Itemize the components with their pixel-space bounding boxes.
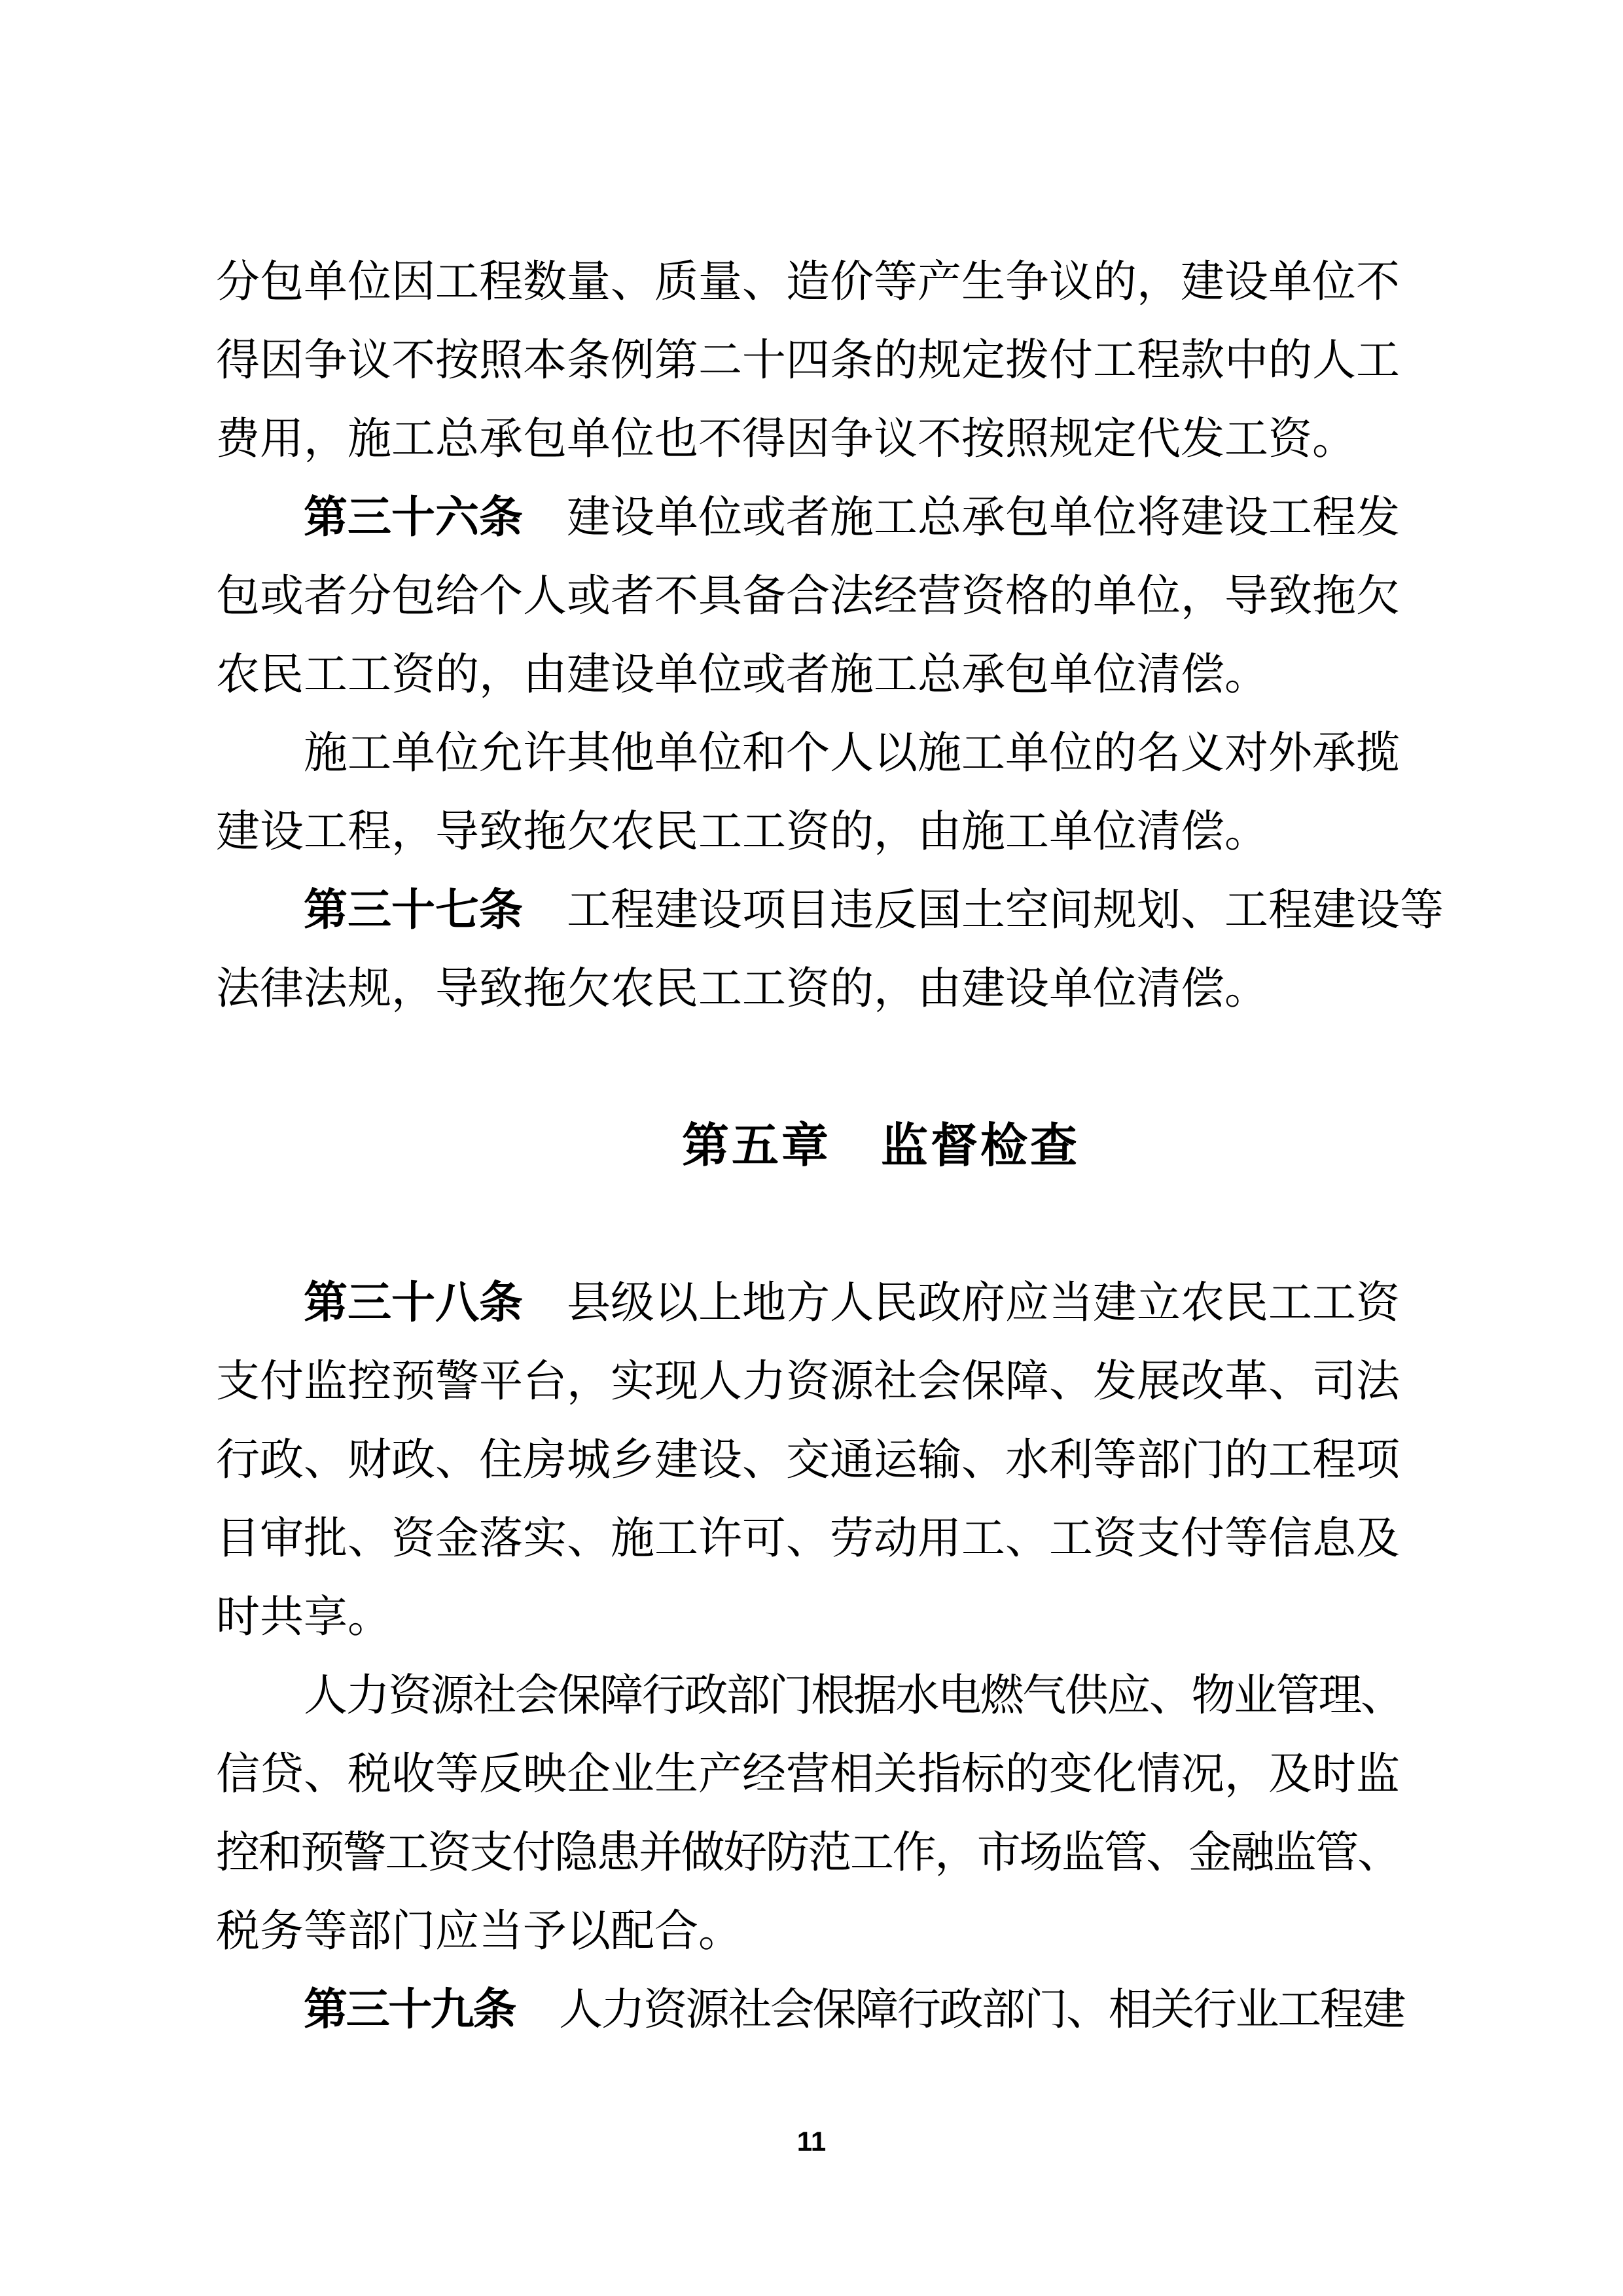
body-line: 目审批、资金落实、施工许可、劳动用工、工资支付等信息及: [216, 1499, 1402, 1578]
page-number: 11: [0, 2122, 1623, 2161]
body-line-article-36: 第三十六条建设单位或者施工总承包单位将建设工程发: [216, 478, 1402, 557]
line-text: 县级以上地方人民政府应当建立农民工工资: [567, 1279, 1400, 1327]
body-line: 行政、财政、住房城乡建设、交通运输、水利等部门的工程项: [216, 1421, 1402, 1499]
article-number: 第三十七条: [304, 886, 523, 935]
blank-line: [216, 1028, 1402, 1107]
body-line: 建设工程，导致拖欠农民工工资的，由施工单位清偿。: [216, 793, 1402, 871]
line-text: 建设单位或者施工总承包单位将建设工程发: [567, 493, 1400, 542]
body-line-article-37: 第三十七条工程建设项目违反国土空间规划、工程建设等: [216, 871, 1402, 950]
article-number: 第三十九条: [304, 1985, 515, 2034]
body-line: 时共享。: [216, 1578, 1402, 1657]
article-number: 第三十六条: [304, 493, 523, 542]
document-body: 分包单位因工程数量、质量、造价等产生争议的，建设单位不 得因争议不按照本条例第二…: [216, 243, 1402, 2049]
body-line: 控和预警工资支付隐患并做好防范工作，市场监管、金融监管、: [216, 1814, 1402, 1892]
body-line: 得因争议不按照本条例第二十四条的规定拨付工程款中的人工: [216, 321, 1402, 400]
body-line: 施工单位允许其他单位和个人以施工单位的名义对外承揽: [216, 714, 1402, 793]
body-line: 税务等部门应当予以配合。: [216, 1892, 1402, 1971]
body-line: 人力资源社会保障行政部门根据水电燃气供应、物业管理、: [216, 1657, 1402, 1735]
body-line: 信贷、税收等反映企业生产经营相关指标的变化情况，及时监: [216, 1735, 1402, 1814]
body-line: 包或者分包给个人或者不具备合法经营资格的单位，导致拖欠: [216, 557, 1402, 636]
article-number: 第三十八条: [304, 1278, 523, 1327]
body-line: 农民工工资的，由建设单位或者施工总承包单位清偿。: [216, 636, 1402, 714]
body-line: 费用，施工总承包单位也不得因争议不按照规定代发工资。: [216, 400, 1402, 478]
body-line-article-38: 第三十八条县级以上地方人民政府应当建立农民工工资: [216, 1264, 1402, 1342]
document-page: 分包单位因工程数量、质量、造价等产生争议的，建设单位不 得因争议不按照本条例第二…: [0, 0, 1623, 2296]
chapter-heading: 第五章 监督检查: [216, 1107, 1402, 1185]
blank-line: [216, 1185, 1402, 1264]
body-line: 分包单位因工程数量、质量、造价等产生争议的，建设单位不: [216, 243, 1402, 321]
body-line-article-39: 第三十九条人力资源社会保障行政部门、相关行业工程建: [216, 1971, 1402, 2049]
line-text: 工程建设项目违反国土空间规划、工程建设等: [567, 886, 1444, 935]
body-line: 支付监控预警平台，实现人力资源社会保障、发展改革、司法: [216, 1342, 1402, 1421]
body-line: 法律法规，导致拖欠农民工工资的，由建设单位清偿。: [216, 950, 1402, 1028]
line-text: 人力资源社会保障行政部门、相关行业工程建: [559, 1986, 1404, 2034]
